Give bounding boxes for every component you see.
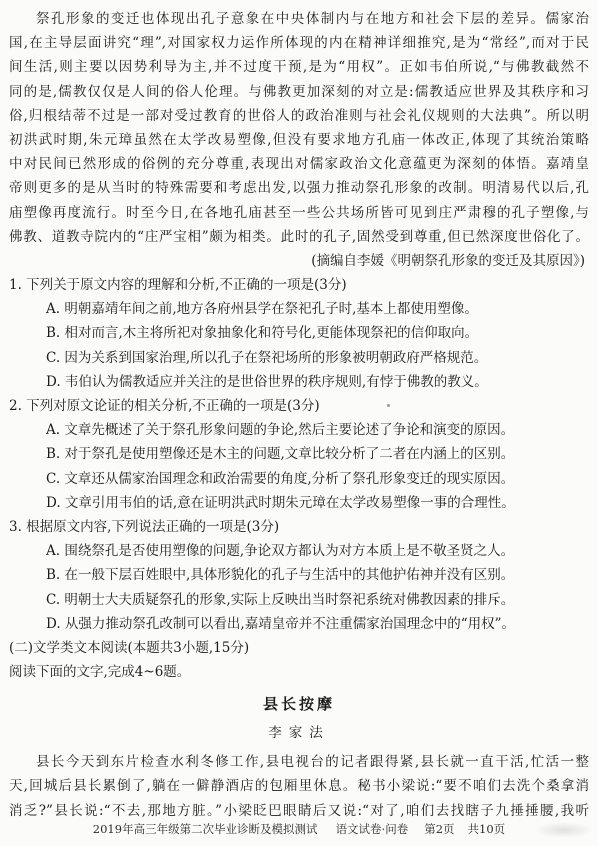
story-line: 县长今天到东片检查水利冬修工作,县电视台的记者跟得紧,县长就一直干活,忙活一整 [9,750,589,774]
passage-line: 中对民间已然形成的俗例的充分尊重,表现出对儒家政治文化意蕴更为深刻的体悟。嘉靖皇 [9,152,589,176]
footer-page-number: 第2页 [424,821,454,837]
question-option-d: D. 韦伯认为儒教适应并关注的是世俗世界的秩序规则,有悖于佛教的教义。 [9,370,589,394]
question-1: 1. 下列关于原文内容的理解和分析,不正确的一项是(3分) A. 明朝嘉靖年间之… [9,273,589,394]
question-option-c: C. 明朝士大夫质疑祭孔的形象,实际上反映出当时祭祀系统对佛教因素的排斥。 [9,588,589,612]
passage-line: 间生活,则主要以因势利导为主,并不过度干预,是为“用权”。正如韦伯所说,“与佛教… [9,55,589,79]
story-author: 李家法 [9,720,589,744]
question-option-c: C. 文章还从儒家治国理念和政治需要的角度,分析了祭孔形象变迁的现实原因。 [9,467,589,491]
question-3: 3. 根据原文内容,下列说法正确的一项是(3分) A. 围绕祭孔是否使用塑像的问… [9,515,589,636]
passage-line: 同的是,儒教仅仅是人间的俗人伦理。与佛教更加深刻的对立是:儒教适应世界及其秩序和… [9,80,589,104]
question-option-b: B. 在一般下层百姓眼中,具体形貌化的孔子与生活中的其他护佑神并没有区别。 [9,563,589,587]
question-option-b: B. 对于祭孔是使用塑像还是木主的问题,文章比较分析了二者在内涵上的区别。 [9,442,589,466]
story-title: 县长按摩 [9,692,589,716]
question-stem: 1. 下列关于原文内容的理解和分析,不正确的一项是(3分) [9,273,589,297]
section-2: (二)文学类文本阅读(本题共3小题,15分) 阅读下面的文字,完成4~6题。 县… [9,636,589,823]
passage-line: 祭孔形象的变迁也体现出孔子意象在中央体制内与在地方和社会下层的差异。儒家治 [9,7,589,31]
question-option-d: D. 从强力推动祭孔改制可以看出,嘉靖皇帝并不注重儒家治国理念中的“用权”。 [9,612,589,636]
passage-line: 俗,归根结蒂不过是一部对受过教育的世俗人的政治准则与社会礼仪规则的大法典”。所以… [9,104,589,128]
passage-paragraph: 祭孔形象的变迁也体现出孔子意象在中央体制内与在地方和社会下层的差异。儒家治 国,… [9,7,589,249]
footer-page-total: 共10页 [468,821,506,837]
story-paragraph: 县长今天到东片检查水利冬修工作,县电视台的记者跟得紧,县长就一直干活,忙活一整 … [9,750,589,823]
story-line: 天,回城后县长累倒了,躺在一僻静酒店的包厢里休息。秘书小梁说:“要不咱们去洗个桑… [9,774,589,798]
question-option-a: A. 围绕祭孔是否使用塑像的问题,争论双方都认为对方本质上是不敬圣贤之人。 [9,539,589,563]
passage-line: 佛教、道教寺院内的“庄严宝相”颇为相类。此时的孔子,固然受到尊重,但已然深度世俗… [9,225,589,249]
question-2: 2. 下列对原文论证的相关分析,不正确的一项是(3分) A. 文章先概述了关于祭… [9,394,589,515]
question-option-a: A. 明朝嘉靖年间之前,地方各府州县学在祭祀孔子时,基本上都使用塑像。 [9,297,589,321]
passage-line: 庙塑像再度流行。时至今日,在各地孔庙甚至一些公共场所皆可见到庄严肃穆的孔子塑像,… [9,201,589,225]
question-stem: 2. 下列对原文论证的相关分析,不正确的一项是(3分) [9,394,589,418]
question-option-a: A. 文章先概述了关于祭孔形象问题的争论,然后主要论述了争论和演变的原因。 [9,418,589,442]
passage-line: 初洪武时期,朱元璋虽然在太学改易塑像,但没有要求地方孔庙一体改正,体现了其统治策… [9,128,589,152]
story-line: 消乏?”县长说:“不去,那地方脏。”小梁眨巴眼睛后又说:“对了,咱们去找瞎子九捶… [9,799,589,823]
section-header: (二)文学类文本阅读(本题共3小题,15分) [9,636,589,660]
passage-attribution: (摘编自李媛《明朝祭孔形象的变迁及其原因》) [9,249,589,273]
footer-exam-title: 2019年高三年级第二次毕业诊断及模拟测试 [93,821,318,837]
exam-page: 祭孔形象的变迁也体现出孔子意象在中央体制内与在地方和社会下层的差异。儒家治 国,… [0,0,598,846]
section-instruction: 阅读下面的文字,完成4~6题。 [9,660,589,684]
footer-paper-name: 语文试卷·问卷 [336,821,409,837]
question-option-b: B. 相对而言,木主将所祀对象抽象化和符号化,更能体现祭祀的信仰取向。 [9,321,589,345]
question-option-d: D. 文章引用韦伯的话,意在证明洪武时期朱元璋在太学改易塑像一事的合理性。 [9,491,589,515]
question-option-c: C. 因为关系到国家治理,所以孔子在祭祀场所的形象被明朝政府严格规范。 [9,346,589,370]
question-stem: 3. 根据原文内容,下列说法正确的一项是(3分) [9,515,589,539]
passage-line: 国,在主导层面讲究“理”,对国家权力运作所体现的内在精神详细推究,是为“常经”,… [9,31,589,55]
passage-line: 帝则更多的是从当时的特殊需要和考虑出发,以强力推动祭孔形象的改制。明清易代以后,… [9,176,589,200]
page-footer: 2019年高三年级第二次毕业诊断及模拟测试 语文试卷·问卷 第2页 共10页 [0,821,598,837]
